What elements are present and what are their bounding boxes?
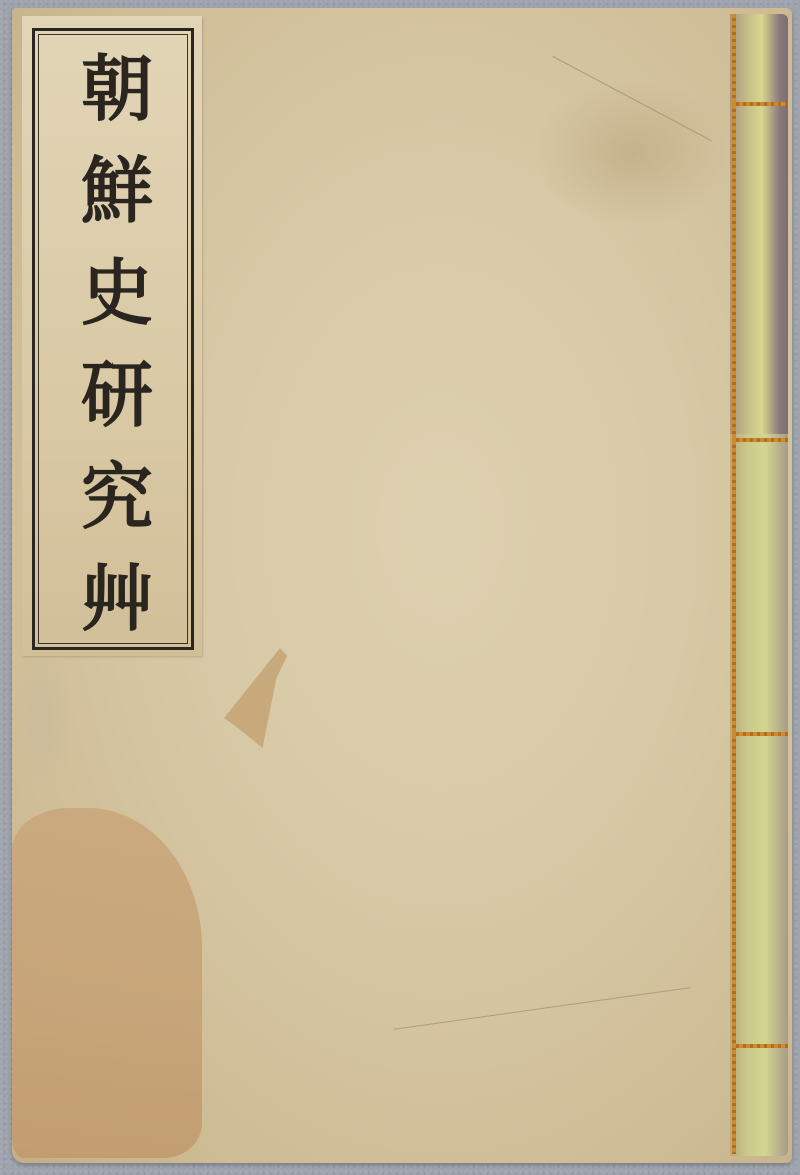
book-cover: 朝 鮮 史 研 究 艸 bbox=[12, 8, 792, 1163]
stain bbox=[12, 648, 72, 788]
title-char: 朝 bbox=[81, 38, 153, 140]
title-char: 艸 bbox=[81, 548, 153, 650]
paper-tear bbox=[224, 648, 294, 748]
water-stain bbox=[12, 808, 202, 1158]
binding-stitch bbox=[732, 1044, 788, 1048]
binding-stitch bbox=[732, 732, 788, 736]
crease bbox=[393, 987, 690, 1030]
stain bbox=[532, 78, 732, 228]
title-label: 朝 鮮 史 研 究 艸 bbox=[22, 16, 202, 656]
binding-thread bbox=[732, 14, 736, 1154]
binding-stitch bbox=[732, 438, 788, 442]
binding-stitch bbox=[732, 102, 788, 106]
title-char: 史 bbox=[81, 242, 153, 344]
title-char: 鮮 bbox=[81, 140, 153, 242]
book-title: 朝 鮮 史 研 究 艸 bbox=[62, 38, 172, 650]
spine-edge-top bbox=[730, 14, 788, 434]
title-char: 研 bbox=[81, 344, 153, 446]
title-char: 究 bbox=[81, 446, 153, 548]
